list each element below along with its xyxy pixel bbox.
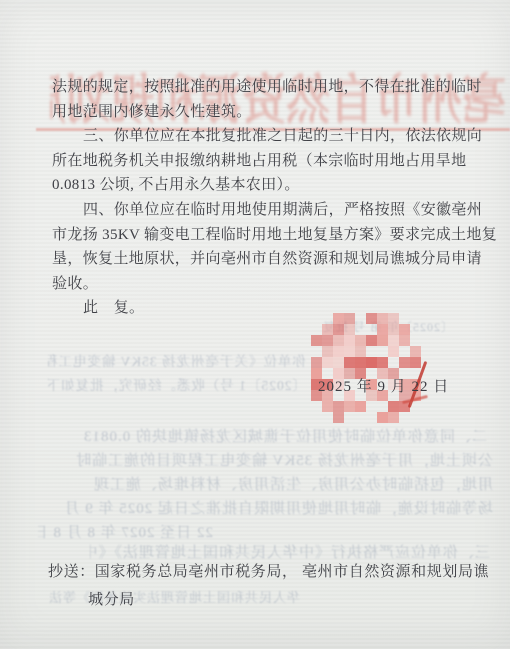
seal-mosaic-cell (377, 357, 388, 368)
body-line: 法规的规定，按照批准的用途使用临时用地，不得在批准的临时 (52, 75, 484, 100)
seal-mosaic-cell (333, 357, 344, 368)
official-seal-redacted (300, 302, 432, 434)
seal-mosaic-cell (344, 324, 355, 335)
seal-mosaic-cell (388, 401, 399, 412)
seal-mosaic-cell (399, 357, 410, 368)
seal-mosaic-cell (322, 346, 333, 357)
body-line: 此 复。 (52, 296, 484, 321)
seal-mosaic-cell (344, 401, 355, 412)
seal-mosaic-cell (355, 357, 366, 368)
bleedthrough-text-line: 〔2025〕1 号）收悉。经研究，批复如下： (48, 374, 306, 394)
bleedthrough-text-line: 用地，包括临时办公用房、生活用房、材料堆场、施工现 (25, 473, 493, 494)
issue-date: 2025 年 9 月 22 日 (318, 375, 449, 396)
seal-mosaic-cell (311, 357, 322, 368)
seal-mosaic-cell (388, 324, 399, 335)
seal-mosaic-cell (344, 357, 355, 368)
seal-mosaic-cell (377, 412, 388, 423)
seal-mosaic-cell (388, 346, 399, 357)
body-line: 所在地税务机关申报缴纳耕地占用税（本宗临时用地占用旱地 (52, 149, 484, 174)
seal-mosaic-cell (355, 401, 366, 412)
seal-mosaic-cell (355, 346, 366, 357)
seal-mosaic-cell (333, 412, 344, 423)
seal-mosaic-cell (333, 401, 344, 412)
seal-mosaic-cell (399, 324, 410, 335)
bleedthrough-text-line: 场等临时设施，临时用地使用期限自批准之日起 2025 年 9 月 (25, 497, 493, 518)
cc-line-2: 城分局 (48, 586, 489, 614)
seal-mosaic-cell (311, 335, 322, 346)
body-line: 0.0813 公顷, 不占用永久基本农田）。 (52, 173, 484, 198)
seal-mosaic-cell (333, 324, 344, 335)
bleedthrough-text-line: 公顷土地，用于亳州龙扬 35KV 输变电工程项目的施工临时 (25, 449, 493, 470)
seal-mosaic-cell (388, 335, 399, 346)
body-line: 三、你单位应在本批复批准之日起的三十日内，依法依规向 (52, 124, 484, 149)
seal-mosaic-cell (333, 335, 344, 346)
seal-mosaic-cell (355, 335, 366, 346)
cc-line-1: 抄送：国家税务总局亳州市税务局， 亳州市自然资源和规划局谯 (48, 558, 489, 586)
bleedthrough-text-line: 22 日至 2027 年 8 月 8 日。 (38, 521, 213, 542)
seal-mosaic-cell (366, 335, 377, 346)
body-line: 垦，恢复土地原状，并向亳州市自然资源和规划局谯城分局申请 (52, 247, 484, 272)
seal-mosaic-cell (322, 401, 333, 412)
letter-body-text: 法规的规定，按照批准的用途使用临时用地，不得在批准的临时用地范围内修建永久性建筑… (52, 75, 484, 321)
scanned-official-letter-page: 亳州市自然资源和规划局 〔2025〕年 第 号 批复你单位《关于亳州龙扬 35K… (0, 0, 510, 649)
cc-block: 抄送：国家税务总局亳州市税务局， 亳州市自然资源和规划局谯 城分局 (48, 558, 489, 614)
seal-mosaic-cell (366, 357, 377, 368)
seal-mosaic-cell (333, 346, 344, 357)
seal-mosaic-cell (322, 335, 333, 346)
seal-mosaic-cell (410, 357, 421, 368)
seal-mosaic-cell (344, 335, 355, 346)
body-line: 验收。 (52, 272, 484, 297)
seal-mosaic-cell (322, 357, 333, 368)
body-line: 用地范围内修建永久性建筑。 (52, 100, 484, 125)
seal-mosaic-cell (388, 412, 399, 423)
seal-mosaic-cell (377, 335, 388, 346)
seal-mosaic-cell (410, 346, 421, 357)
seal-mosaic-cell (399, 335, 410, 346)
bleedthrough-text-line: 你单位《关于亳州龙扬 35KV 输变电工程临时用地的请示》 (48, 350, 306, 370)
seal-mosaic-cell (377, 324, 388, 335)
body-line: 市龙扬 35KV 输变电工程临时用地土地复垦方案》要求完成土地复 (52, 223, 484, 248)
body-line: 四、你单位应在临时用地使用期满后，严格按照《安徽亳州 (52, 198, 484, 223)
seal-mosaic-cell (344, 346, 355, 357)
seal-mosaic-cell (322, 324, 333, 335)
